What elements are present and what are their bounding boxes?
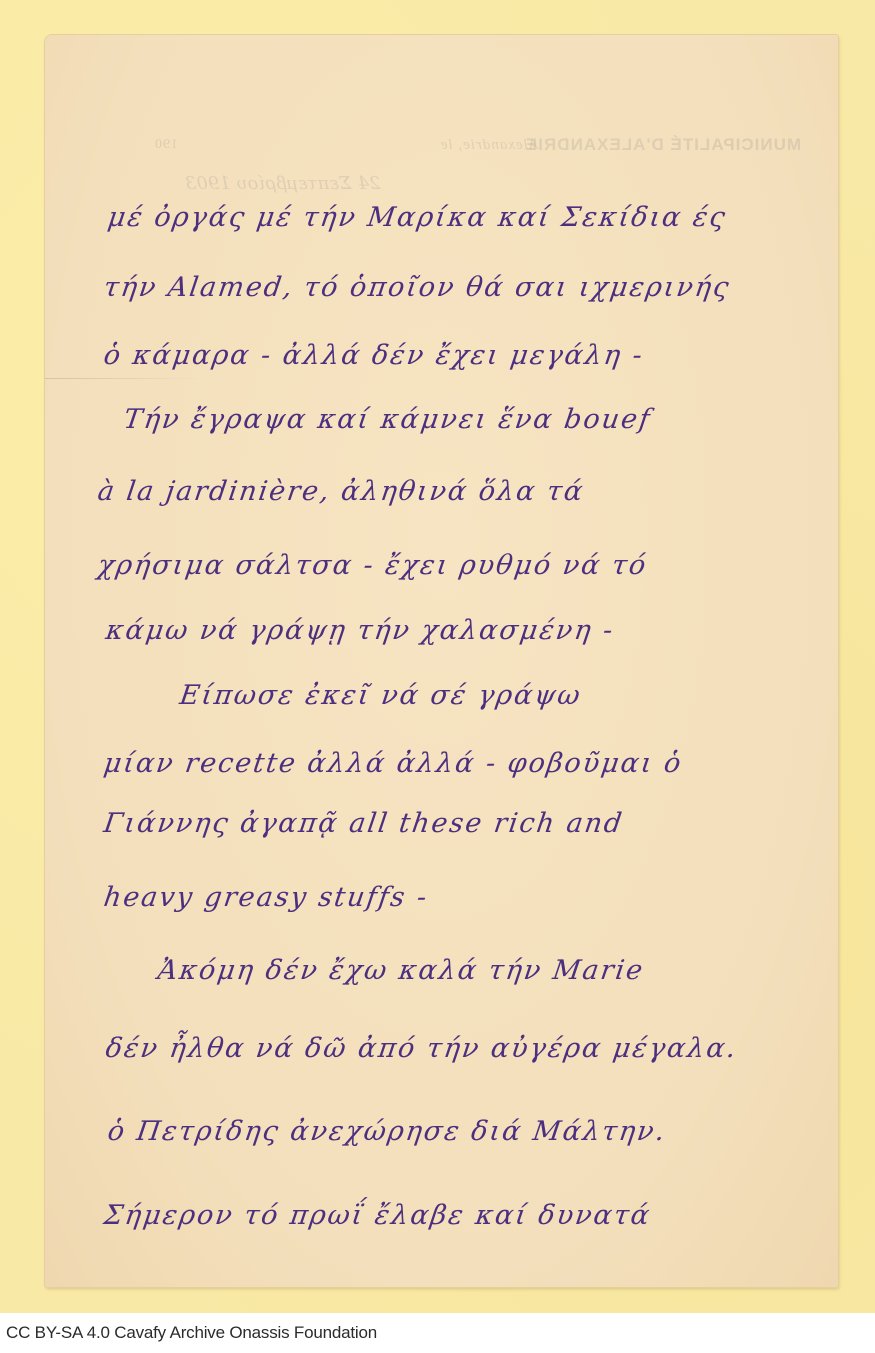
license-caption: CC BY-SA 4.0 Cavafy Archive Onassis Foun… (6, 1323, 377, 1343)
handwritten-line: ὁ κάμαρα - ἀλλά δέν ἔχει μεγάλη - (102, 342, 646, 369)
handwritten-line: Τήν ἔγραψα καί κάμνει ἕνα bouef (122, 406, 653, 433)
letterhead-title: MUNICIPALITÉ D'ALEXANDRIE (518, 135, 808, 155)
handwritten-line: ὁ Πετρίδης ἀνεχώρησε διά Μάλτην. (106, 1118, 668, 1145)
handwritten-line: Ἀκόμη δέν ἔχω καλά τήν Marie (156, 957, 646, 984)
letterhead-year: 190 (154, 137, 178, 153)
scan-background: 190 Alexandrie, le MUNICIPALITÉ D'ALEXAN… (0, 0, 875, 1313)
handwritten-line: heavy greasy stuffs - (102, 884, 430, 911)
date-bleed-through: 24 Σεπτεμβρίου 1903 (185, 173, 381, 194)
handwritten-line: Σήμερον τό πρωΐ ἔλαβε καί δυνατά (102, 1202, 653, 1229)
letter-page: 190 Alexandrie, le MUNICIPALITÉ D'ALEXAN… (45, 35, 838, 1287)
handwritten-line: τήν Alamed, τό ὁποῖον θά σαι ιχμερινής (102, 274, 732, 301)
fold-crease (45, 378, 205, 379)
handwritten-line: δέν ἦλθα νά δῶ ἀπό τήν αὐγέρα μέγαλα. (104, 1035, 739, 1062)
caption-bar: CC BY-SA 4.0 Cavafy Archive Onassis Foun… (0, 1313, 875, 1353)
handwritten-line: μέ ὀργάς μέ τήν Μαρίκα καί Σεκίδια ές (106, 204, 728, 231)
handwritten-line: à la jardinière, ἀληθινά ὅλα τά (96, 478, 586, 505)
handwritten-line: Είπωσε ἐκεῖ νά σέ γράψω (178, 682, 583, 709)
handwritten-line: κάμω νά γράψῃ τήν χαλασμένη - (104, 617, 616, 644)
handwritten-line: μίαν recette ἀλλά ἀλλά - φοβοῦμαι ὁ (102, 750, 684, 777)
handwritten-line: Γιάννης ἀγαπᾷ all these rich and (102, 810, 625, 837)
handwritten-line: χρήσιμα σάλτσα - ἔχει ρυθμό νά τό (96, 552, 649, 579)
